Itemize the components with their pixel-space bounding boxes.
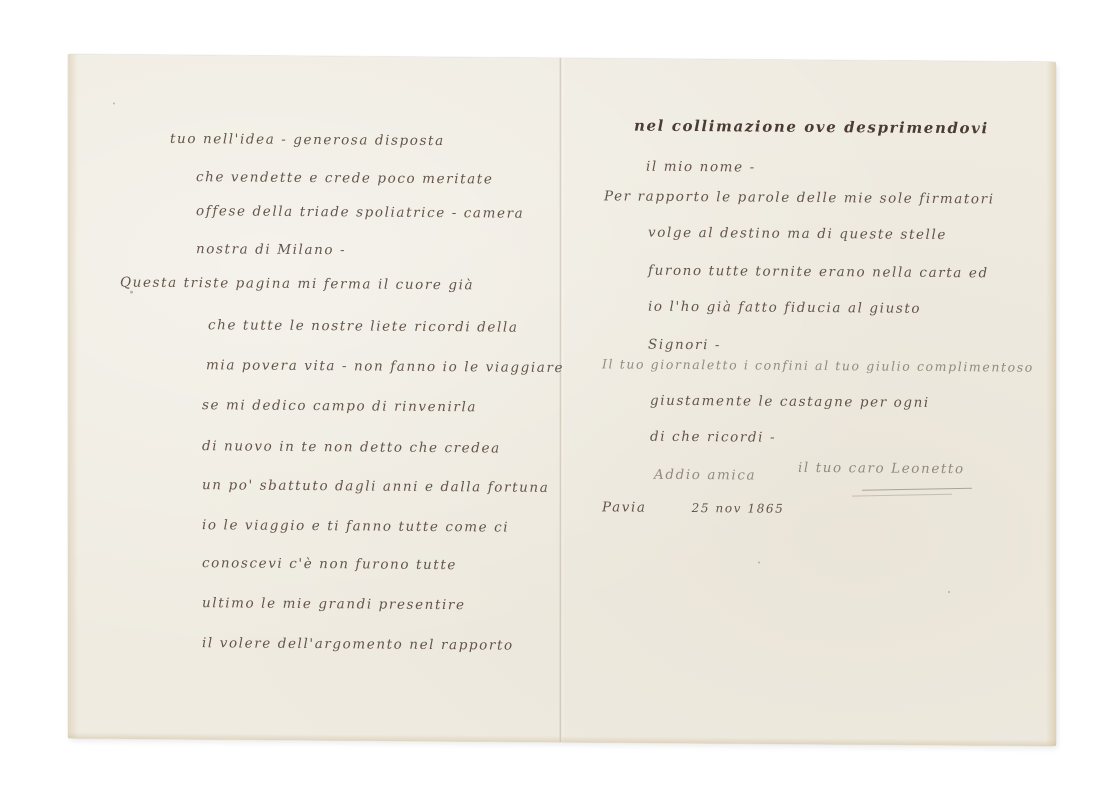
handwritten-line: il volere dell'argomento nel rapporto	[202, 635, 514, 653]
place-date: Pavia 25 nov 1865	[602, 496, 744, 516]
handwritten-line: furono tutte tornite erano nella carta e…	[648, 263, 989, 282]
handwritten-line: di che ricordi -	[650, 429, 776, 446]
handwritten-line: Questa triste pagina mi ferma il cuore g…	[120, 275, 474, 294]
handwritten-line: che tutte le nostre liete ricordi della	[208, 317, 519, 335]
place: Pavia	[602, 499, 647, 515]
right-page: nel collimazione ove desprimendovi il mi…	[562, 58, 1056, 746]
handwritten-line: io l'ho già fatto fiducia al giusto	[648, 299, 921, 317]
handwritten-line: il mio nome -	[646, 159, 756, 176]
handwritten-line: conoscevi c'è non furono tutte	[202, 555, 457, 573]
closing-text: Addio amica	[654, 467, 756, 484]
handwritten-line: giustamente le castagne per ogni	[650, 393, 930, 411]
handwritten-line: nostra di Milano -	[196, 241, 346, 258]
handwritten-line: tuo nell'idea - generosa disposta	[170, 131, 445, 149]
handwritten-line: nel collimazione ove desprimendovi	[634, 117, 989, 138]
signature-flourish	[852, 494, 952, 497]
handwritten-line: se mi dedico campo di rinvenirla	[202, 397, 477, 415]
handwritten-line: ultimo le mie grandi presentire	[202, 595, 466, 613]
signature: il tuo caro Leonetto	[798, 460, 965, 477]
handwritten-line: Il tuo giornaletto i confini al tuo giul…	[602, 356, 1034, 374]
handwritten-line: che vendette e crede poco meritate	[196, 169, 493, 187]
handwritten-line: Signori -	[648, 337, 721, 354]
handwritten-line: di nuovo in te non detto che credea	[202, 438, 501, 456]
handwritten-line: Per rapporto le parole delle mie sole fi…	[604, 188, 995, 207]
handwritten-line: un po' sbattuto dagli anni e dalla fortu…	[202, 477, 549, 496]
signature-flourish	[862, 488, 972, 491]
handwritten-line: io le viaggio e ti fanno tutte come ci	[202, 517, 509, 535]
letter-sheet: tuo nell'idea - generosa disposta che ve…	[68, 54, 1056, 746]
handwritten-line: mia povera vita - non fanno io le viaggi…	[206, 357, 564, 376]
left-page: tuo nell'idea - generosa disposta che ve…	[68, 54, 560, 742]
handwritten-line: volge al destino ma di queste stelle	[648, 225, 947, 243]
handwritten-line: offese della triade spoliatrice - camera	[196, 203, 524, 222]
date: 25 nov 1865	[692, 501, 785, 516]
